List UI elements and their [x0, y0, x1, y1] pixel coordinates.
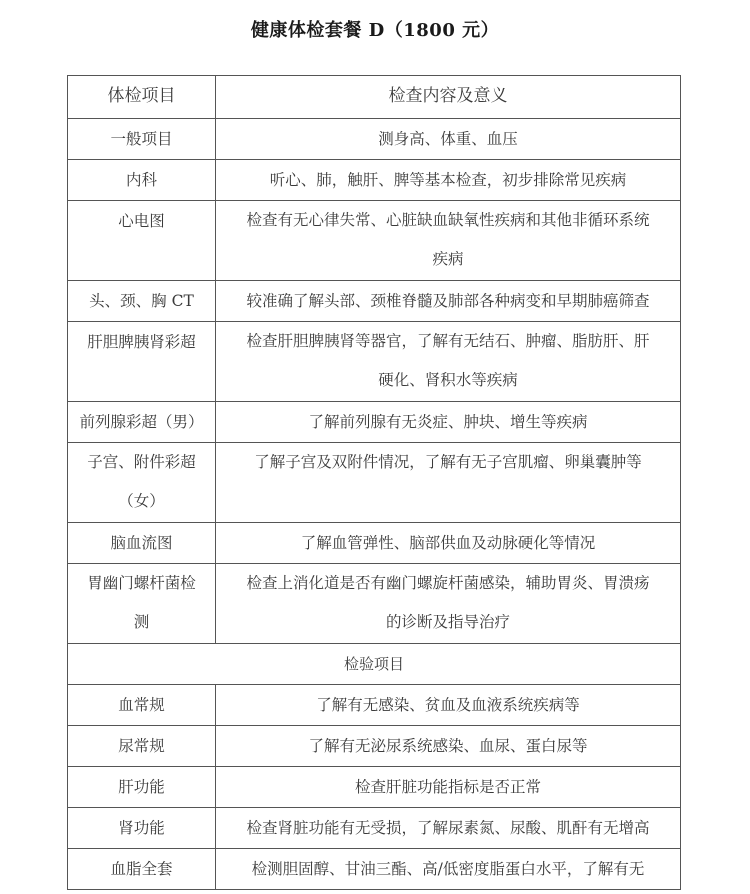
exam-item-name: 肝胆脾胰肾彩超: [68, 322, 216, 402]
table-row: 头、颈、胸 CT 较准确了解头部、颈椎脊髓及肺部各种病变和早期肺癌筛查: [68, 281, 681, 322]
lab-item-name: 肾功能: [68, 808, 216, 849]
exam-item-description: 了解子宫及双附件情况，了解有无子宫肌瘤、卵巢囊肿等: [216, 443, 681, 523]
exam-package-table: 体检项目 检查内容及意义 一般项目 测身高、体重、血压 内科 听心、肺，触肝、脾…: [67, 75, 681, 890]
table-row: 前列腺彩超（男） 了解前列腺有无炎症、肿块、增生等疾病: [68, 402, 681, 443]
exam-item-description: 了解前列腺有无炎症、肿块、增生等疾病: [216, 402, 681, 443]
table-row: 一般项目 测身高、体重、血压: [68, 119, 681, 160]
lab-item-name: 血脂全套: [68, 849, 216, 890]
description-line: 检查肝胆脾胰肾等器官，了解有无结石、肿瘤、脂肪肝、肝: [220, 322, 676, 361]
exam-item-name: 胃幽门螺杆菌检 测: [68, 564, 216, 644]
table-row: 脑血流图 了解血管弹性、脑部供血及动脉硬化等情况: [68, 523, 681, 564]
table-row: 血常规 了解有无感染、贫血及血液系统疾病等: [68, 685, 681, 726]
exam-item-description: 测身高、体重、血压: [216, 119, 681, 160]
column-header-description: 检查内容及意义: [216, 76, 681, 119]
table-row: 胃幽门螺杆菌检 测 检查上消化道是否有幽门螺旋杆菌感染，辅助胃炎、胃溃疡 的诊断…: [68, 564, 681, 644]
table-row: 尿常规 了解有无泌尿系统感染、血尿、蛋白尿等: [68, 726, 681, 767]
exam-item-description: 检查有无心律失常、心脏缺血缺氧性疾病和其他非循环系统 疾病: [216, 201, 681, 281]
table-row: 肾功能 检查肾脏功能有无受损，了解尿素氮、尿酸、肌酐有无增高: [68, 808, 681, 849]
lab-item-description: 检查肾脏功能有无受损，了解尿素氮、尿酸、肌酐有无增高: [216, 808, 681, 849]
exam-item-name: 前列腺彩超（男）: [68, 402, 216, 443]
exam-item-description: 检查肝胆脾胰肾等器官，了解有无结石、肿瘤、脂肪肝、肝 硬化、肾积水等疾病: [216, 322, 681, 402]
exam-item-name: 子宫、附件彩超 （女）: [68, 443, 216, 523]
lab-item-description: 检查肝脏功能指标是否正常: [216, 767, 681, 808]
table-row: 内科 听心、肺，触肝、脾等基本检查，初步排除常见疾病: [68, 160, 681, 201]
description-line: 硬化、肾积水等疾病: [220, 361, 676, 400]
table-row: 血脂全套 检测胆固醇、甘油三酯、高/低密度脂蛋白水平，了解有无: [68, 849, 681, 890]
description-line: 检查有无心律失常、心脏缺血缺氧性疾病和其他非循环系统: [220, 201, 676, 240]
exam-item-name: 脑血流图: [68, 523, 216, 564]
section-header-lab-tests: 检验项目: [68, 644, 681, 685]
description-line: 疾病: [220, 240, 676, 279]
description-line: 了解子宫及双附件情况，了解有无子宫肌瘤、卵巢囊肿等: [220, 443, 676, 482]
exam-item-name: 内科: [68, 160, 216, 201]
exam-item-description: 较准确了解头部、颈椎脊髓及肺部各种病变和早期肺癌筛查: [216, 281, 681, 322]
item-name-line: 胃幽门螺杆菌检: [72, 564, 211, 603]
exam-item-name: 头、颈、胸 CT: [68, 281, 216, 322]
item-name-line: 测: [72, 603, 211, 642]
table-row: 肝功能 检查肝脏功能指标是否正常: [68, 767, 681, 808]
lab-item-description: 了解有无泌尿系统感染、血尿、蛋白尿等: [216, 726, 681, 767]
lab-item-description: 检测胆固醇、甘油三酯、高/低密度脂蛋白水平，了解有无: [216, 849, 681, 890]
section-header-row: 检验项目: [68, 644, 681, 685]
table-row: 肝胆脾胰肾彩超 检查肝胆脾胰肾等器官，了解有无结石、肿瘤、脂肪肝、肝 硬化、肾积…: [68, 322, 681, 402]
column-header-item: 体检项目: [68, 76, 216, 119]
exam-item-name: 一般项目: [68, 119, 216, 160]
description-line: 检查上消化道是否有幽门螺旋杆菌感染，辅助胃炎、胃溃疡: [220, 564, 676, 603]
document-title: 健康体检套餐 D（1800 元）: [0, 16, 750, 42]
description-line: 的诊断及指导治疗: [220, 603, 676, 642]
table-row: 子宫、附件彩超 （女） 了解子宫及双附件情况，了解有无子宫肌瘤、卵巢囊肿等: [68, 443, 681, 523]
exam-item-description: 检查上消化道是否有幽门螺旋杆菌感染，辅助胃炎、胃溃疡 的诊断及指导治疗: [216, 564, 681, 644]
table-row: 心电图 检查有无心律失常、心脏缺血缺氧性疾病和其他非循环系统 疾病: [68, 201, 681, 281]
lab-item-name: 肝功能: [68, 767, 216, 808]
lab-item-name: 尿常规: [68, 726, 216, 767]
table-header-row: 体检项目 检查内容及意义: [68, 76, 681, 119]
item-name-line: 子宫、附件彩超: [72, 443, 211, 482]
lab-item-name: 血常规: [68, 685, 216, 726]
item-name-line: （女）: [72, 482, 211, 521]
exam-item-description: 了解血管弹性、脑部供血及动脉硬化等情况: [216, 523, 681, 564]
lab-item-description: 了解有无感染、贫血及血液系统疾病等: [216, 685, 681, 726]
exam-item-description: 听心、肺，触肝、脾等基本检查，初步排除常见疾病: [216, 160, 681, 201]
exam-item-name: 心电图: [68, 201, 216, 281]
